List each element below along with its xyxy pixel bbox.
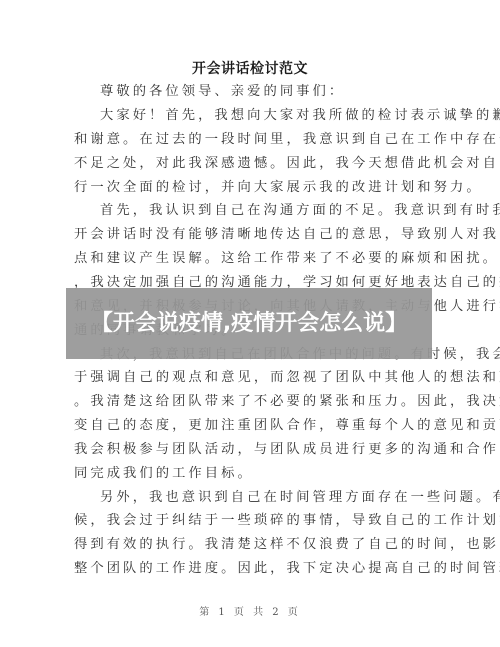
page-number-footer: 第 1 页 共 2 页 <box>0 603 500 618</box>
article-title[interactable]: 【开会说疫情,疫情开会怎么说】 <box>74 309 424 339</box>
body-text-line: 开会讲话时没有能够清晰地传达自己的意思，导致别人对我的观 <box>74 225 420 245</box>
body-text-line: 行一次全面的检讨，并向大家展示我的改进计划和努力。 <box>74 178 420 198</box>
body-text-line: 。我清楚这给团队带来了不必要的紧张和压力。因此，我决定改 <box>74 392 420 412</box>
body-text-line: 另外，我也意识到自己在时间管理方面存在一些问题。有时 <box>100 488 420 508</box>
body-text-line: 我会积极参与团队活动，与团队成员进行更多的沟通和合作，共 <box>74 440 420 460</box>
body-text-line: 首先，我认识到自己在沟通方面的不足。我意识到有时我在 <box>100 201 420 221</box>
greeting-line: 尊敬的各位领导、亲爱的同事们： <box>100 82 420 102</box>
body-text-line: 同完成我们的工作目标。 <box>74 464 420 484</box>
body-text-line: 点和建议产生误解。这给工作带来了不必要的麻烦和困扰。因此 <box>74 249 420 269</box>
body-text-line: 和谢意。在过去的一段时间里，我意识到自己在工作中存在一些 <box>74 130 420 150</box>
body-text-line: 大家好！首先，我想向大家对我所做的检讨表示诚挚的歉意 <box>100 106 420 126</box>
article-title-banner[interactable]: 【开会说疫情,疫情开会怎么说】 <box>66 288 432 359</box>
body-text-line: 变自己的态度，更加注重团队合作，尊重每个人的意见和贡献。 <box>74 416 420 436</box>
body-text-line: 整个团队的工作进度。因此，我下定决心提高自己的时间管理能 <box>74 559 420 579</box>
body-text-line: 不足之处，对此我深感遗憾。因此，我今天想借此机会对自己进 <box>74 154 420 174</box>
body-text-line: 候，我会过于纠结于一些琐碎的事情，导致自己的工作计划没有 <box>74 511 420 531</box>
body-text-line: 得到有效的执行。我清楚这样不仅浪费了自己的时间，也影响了 <box>74 535 420 555</box>
document-title: 开会讲话检讨范文 <box>0 58 500 78</box>
body-text-line: 于强调自己的观点和意见，而忽视了团队中其他人的想法和建议 <box>74 368 420 388</box>
